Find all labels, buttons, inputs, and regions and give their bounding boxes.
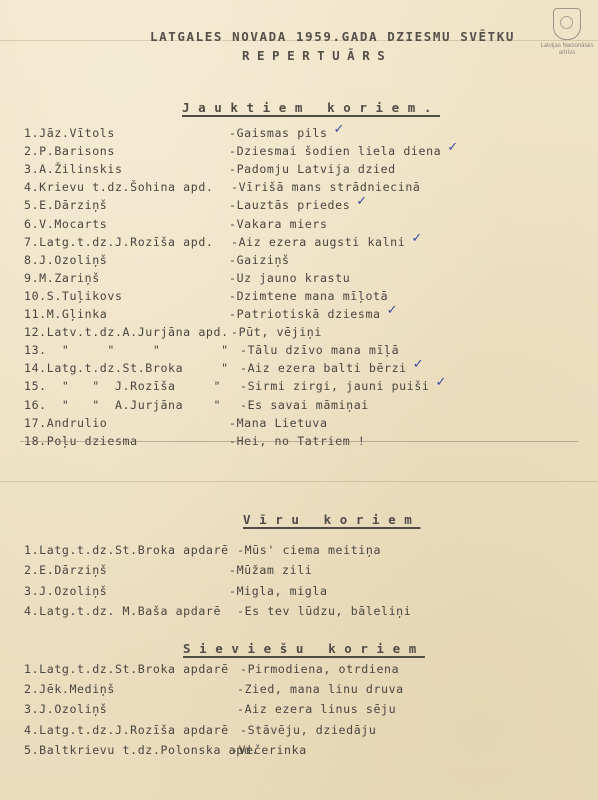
composer-text: 1.Jāz.Vītols [24, 124, 115, 142]
strike-line [20, 441, 578, 442]
archive-stamp-text: Latvijas Nacionālais arhīvs [537, 43, 597, 57]
song-title: -Dzimtene mana mīļotā [229, 287, 388, 305]
composer-text: 4.Latg.t.dz. M.Baša apdarē [24, 602, 221, 620]
composer-text: 10.S.Tuļikovs [24, 287, 123, 305]
checkmark-icon: ✓ [356, 195, 367, 209]
composer-text: 7.Latg.t.dz.J.Rozīša apd. [24, 233, 214, 251]
checkmark-icon: ✓ [436, 376, 447, 390]
composer-text: 1.Latg.t.dz.St.Broka apdarē [24, 660, 229, 678]
paper-fold [0, 481, 598, 482]
composer-text: 13. " " " " [24, 341, 229, 359]
composer-text: 8.J.Ozoliņš [24, 251, 107, 269]
song-title: -Gaiziņš [229, 251, 290, 269]
composer-text: 16. " " A.Jurjāna " [24, 396, 221, 414]
checkmark-icon: ✓ [413, 358, 424, 372]
composer-text: 4.Latg.t.dz.J.Rozīša apdarē [24, 721, 229, 739]
checkmark-icon: ✓ [411, 232, 422, 246]
song-title: -Aiz ezera linus sēju [237, 700, 396, 718]
checkmark-icon: ✓ [447, 141, 458, 155]
composer-text: 5.E.Dārziņš [24, 196, 107, 214]
composer-text: 2.Jēk.Mediņš [24, 680, 115, 698]
song-title: -Es savai māmiņai [240, 396, 369, 414]
song-title: -Pūt, vējiņi [231, 323, 322, 341]
section-heading: Jauktiem koriem. [182, 100, 440, 115]
composer-text: 3.A.Žilinskis [24, 160, 123, 178]
song-title: -Migla, migla [229, 582, 328, 600]
song-title: -Zied, mana linu druva [237, 680, 404, 698]
composer-text: 17.Andrulio [24, 414, 107, 432]
song-title: -Lauztās priedes [229, 196, 350, 214]
checkmark-icon: ✓ [334, 123, 345, 137]
composer-text: 12.Latv.t.dz.A.Jurjāna apd. [24, 323, 229, 341]
song-title: -Stāvēju, dziedāju [240, 721, 376, 739]
composer-text: 9.M.Zariņš [24, 269, 100, 287]
song-title: -Dziesmai šodien liela diena [229, 142, 441, 160]
song-title: -Mūs' ciema meitiņa [237, 541, 381, 559]
composer-text: 2.P.Barisons [24, 142, 115, 160]
song-title: -Večerinka [231, 741, 307, 759]
song-title: -Padomju Latvija dzied [229, 160, 396, 178]
composer-text: 6.V.Mocarts [24, 215, 107, 233]
song-title: -Aiz ezera balti bērzi [240, 359, 407, 377]
document-title: LATGALES NOVADA 1959.GADA DZIESMU SVĒTKU [150, 29, 515, 44]
coat-of-arms-icon [553, 8, 581, 40]
composer-text: 4.Krievu t.dz.Šohina apd. [24, 178, 214, 196]
song-title: -Pirmodiena, otrdiena [240, 660, 399, 678]
song-title: -Uz jauno krastu [229, 269, 350, 287]
composer-text: 14.Latg.t.dz.St.Broka " [24, 359, 229, 377]
song-title: -Gaismas pils [229, 124, 328, 142]
song-title: -Mana Lietuva [229, 414, 328, 432]
song-title: -Es tev lūdzu, bāleliņi [237, 602, 411, 620]
song-title: -Vakara miers [229, 215, 328, 233]
composer-text: 15. " " J.Rozīša " [24, 377, 221, 395]
archive-stamp: Latvijas Nacionālais arhīvs [537, 8, 597, 57]
song-title: -Mūžam zili [229, 561, 312, 579]
song-title: -Sirmi zirgi, jauni puiši [240, 377, 430, 395]
composer-text: 3.J.Ozoliņš [24, 700, 107, 718]
section-heading: Vīru koriem [243, 512, 420, 527]
document-subtitle: REPERTUĀRS [242, 48, 392, 63]
composer-text: 3.J.Ozoliņš [24, 582, 107, 600]
checkmark-icon: ✓ [387, 304, 398, 318]
song-title: -Patriotiskā dziesma [229, 305, 381, 323]
section-heading: Sieviešu koriem [183, 641, 425, 656]
song-title: -Tālu dzīvo mana mīļā [240, 341, 399, 359]
song-title: -Vīrišā mans strādniecinā [231, 178, 421, 196]
composer-text: 5.Baltkrievu t.dz.Polonska apd. [24, 741, 259, 759]
song-title: -Aiz ezera augsti kalni [231, 233, 405, 251]
composer-text: 11.M.Gļinka [24, 305, 107, 323]
composer-text: 1.Latg.t.dz.St.Broka apdarē [24, 541, 229, 559]
composer-text: 2.E.Dārziņš [24, 561, 107, 579]
